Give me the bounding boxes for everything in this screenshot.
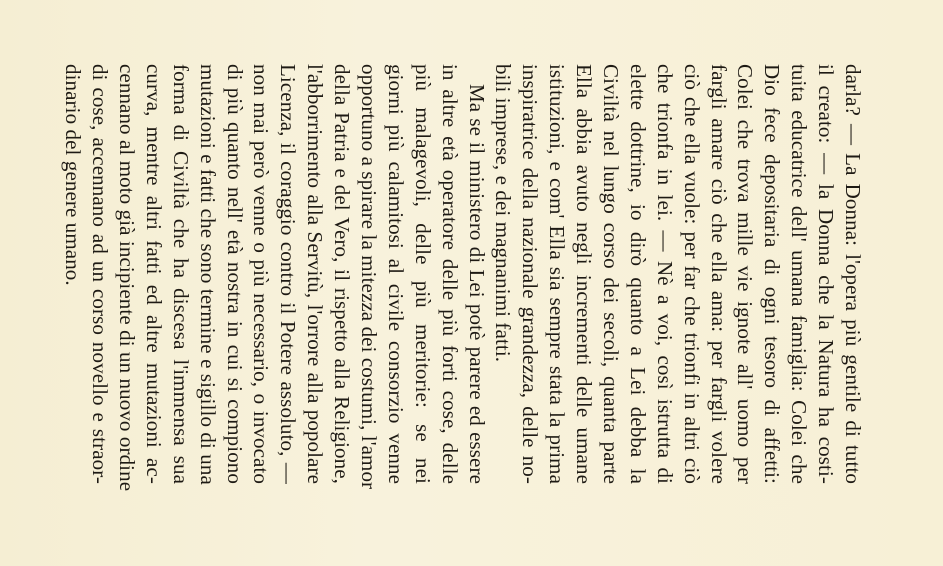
text-line: l'abborrimento alla Servitù, l'orrore al… <box>301 64 328 484</box>
scanned-page: darla? — La Donna: l'opera più gentile d… <box>0 0 943 566</box>
text-line: in altre età operatore delle più forti c… <box>436 64 463 484</box>
text-line: Licenza, il coraggio contro il Potere as… <box>274 64 301 484</box>
text-line: che trionfa in lei. — Nè a voi, così ist… <box>651 64 678 484</box>
text-line: più malagevoli, delle più meritorie: se … <box>409 64 436 484</box>
text-line: non mai però venne o più necessario, o i… <box>248 64 275 484</box>
text-line: mutazioni e fatti che sono termine e sig… <box>194 64 221 484</box>
text-line: curva, mentre altri fatti ed altre mutaz… <box>140 64 167 484</box>
text-line: forma di Civiltà che ha discesa l'immens… <box>167 64 194 484</box>
text-line: istituzioni, e com' Ella sia sempre stat… <box>543 64 570 484</box>
text-line: il creato: — la Donna che la Natura ha c… <box>812 64 839 484</box>
text-line: darla? — La Donna: l'opera più gentile d… <box>839 64 866 484</box>
text-line: opportuno a spirare la mitezza dei costu… <box>355 64 382 484</box>
text-line: di più quanto nell' età nostra in cui si… <box>221 64 248 484</box>
text-line: Civiltà nel lungo corso dei secoli, quan… <box>597 64 624 484</box>
text-line: Ma se il ministero di Lei potè parere ed… <box>463 64 490 484</box>
paragraph-2: Ma se il ministero di Lei potè parere ed… <box>59 64 489 504</box>
text-line: dinario del genere umano. <box>59 64 86 484</box>
text-line: Colei che trova mille vie ignote all' uo… <box>732 64 759 484</box>
paragraph-1: darla? — La Donna: l'opera più gentile d… <box>490 64 866 504</box>
text-line: della Patria e del Vero, il rispetto all… <box>328 64 355 484</box>
text-line: fargli amare ciò che ella ama: per fargl… <box>705 64 732 484</box>
text-line: Dio fece depositaria di ogni tesoro di a… <box>758 64 785 484</box>
text-line: bili imprese, e dei magnanimi fatti. <box>490 64 517 484</box>
text-line: giorni più calamitosi al civile consorzi… <box>382 64 409 484</box>
rotated-text-block: darla? — La Donna: l'opera più gentile d… <box>56 64 866 504</box>
text-line: ciò che ella vuole: per far che trionfi … <box>678 64 705 484</box>
text-line: elette dottrine, io dirò quanto a Lei de… <box>624 64 651 484</box>
text-line: inspiratrice della nazionale grandezza, … <box>516 64 543 484</box>
text-line: di cose, accennano ad un corso novello e… <box>86 64 113 484</box>
text-line: cennano al moto già incipiente di un nuo… <box>113 64 140 484</box>
text-line: tuita educatrice dell' umana famiglia: C… <box>785 64 812 484</box>
text-line: Ella abbia avuto negli incrementi delle … <box>570 64 597 484</box>
